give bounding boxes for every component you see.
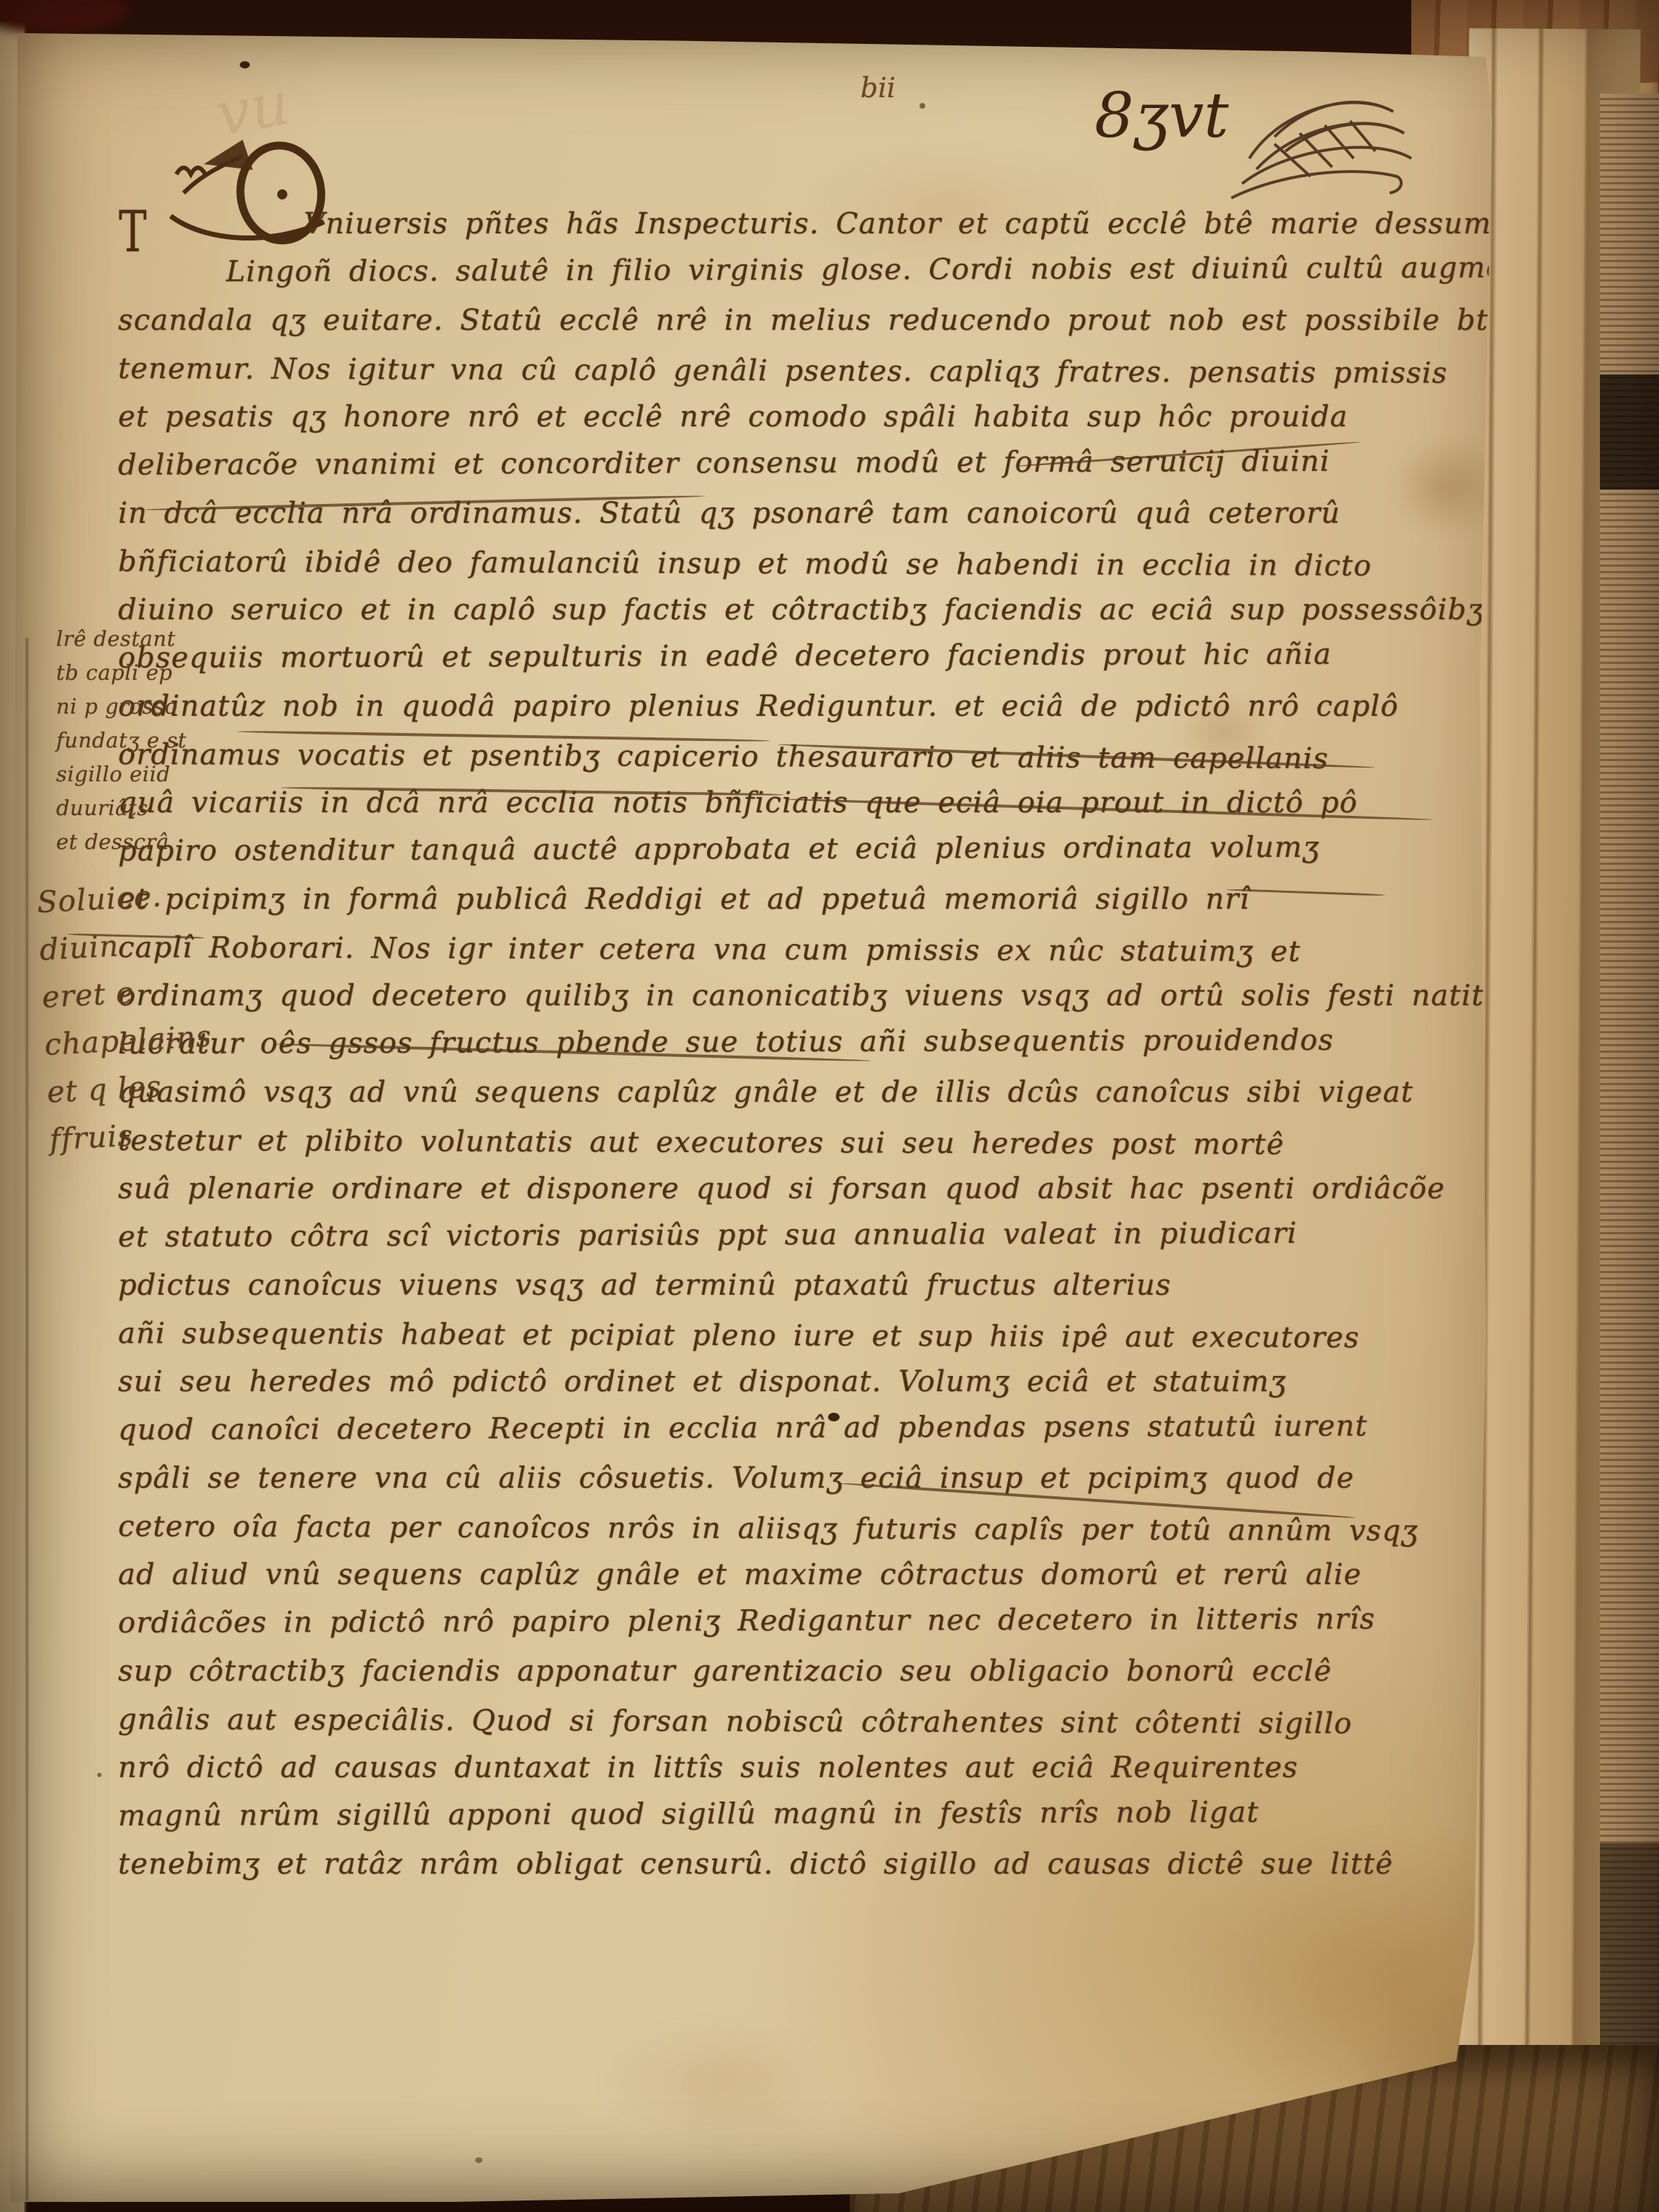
text-line: añi subsequentis habeat et pcipiat pleno… <box>118 1310 1486 1363</box>
margin-catchword-line: ni p grosso <box>56 690 186 724</box>
text-line: et pcipimʒ in formâ publicâ Reddigi et a… <box>118 876 1486 924</box>
text-line: sup côtractibʒ faciendis apponatur garen… <box>118 1647 1486 1696</box>
shadow-top-left <box>0 0 130 33</box>
ink-speck <box>475 2157 482 2163</box>
stain <box>601 2020 831 2143</box>
feather-flourish-icon <box>1231 102 1411 198</box>
text-line: obsequiis mortuorû et sepulturis in eadê… <box>118 630 1486 683</box>
page-block-shadow <box>1600 374 1659 490</box>
text-line: spâli se tenere vna cû aliis côsuetis. V… <box>118 1455 1486 1503</box>
manuscript-page: bii vu 8ʒvt T Vniuersis pñte <box>10 33 1492 2202</box>
text-line: et statuto côtra scî victoris parisiûs p… <box>118 1209 1486 1262</box>
text-line: Lingoñ diocs. salutê in filio virginis g… <box>118 244 1486 297</box>
ink-speck <box>240 61 250 68</box>
text-line: suâ plenarie ordinare et disponere quod … <box>118 1165 1486 1213</box>
text-line: sui seu heredes mô pdictô ordinet et dis… <box>118 1358 1486 1406</box>
text-line: pdictus canoîcus viuens vsqʒ ad terminû … <box>118 1262 1486 1310</box>
paraph-flourish: 8ʒvt <box>1094 50 1426 216</box>
text-line: scandala qʒ euitare. Statû ecclê nrê in … <box>118 297 1486 345</box>
text-line: quasimô vsqʒ ad vnû sequens caplûz gnâle… <box>118 1069 1486 1117</box>
initial-triangle-flourish <box>204 140 253 170</box>
margin-catchword-line: lrê destant <box>56 622 186 656</box>
text-line: magnû nrûm sigillû apponi quod sigillû m… <box>118 1788 1486 1840</box>
photo-canvas: bii vu 8ʒvt T Vniuersis pñte <box>0 0 1659 2212</box>
margin-note-line: et q les <box>46 1060 216 1116</box>
margin-note-line: eret e <box>41 965 211 1021</box>
text-line: ordinamus vocatis et psentibʒ capicerio … <box>118 731 1486 784</box>
text-line: testetur et plibito voluntatis aut execu… <box>118 1117 1486 1170</box>
text-line: quâ vicariis in dcâ nrâ ecclia notis bñf… <box>118 779 1486 827</box>
text-line: ordiâcões in pdictô nrô papiro pleniʒ Re… <box>118 1595 1486 1647</box>
text-line: bñficiatorû ibidê deo famulanciû insup e… <box>118 538 1486 591</box>
margin-note-line: ffruis <box>48 1107 218 1164</box>
page-block-edges <box>1600 94 1659 2146</box>
margin-note-line: chapelains <box>43 1012 213 1069</box>
ink-speck <box>828 1413 840 1421</box>
text-line: Vniuersis pñtes hãs Inspecturis. Cantor … <box>118 200 1486 248</box>
text-line: tenebimʒ et ratâz nrâm obligat censurû. … <box>118 1840 1486 1889</box>
text-line: papiro ostenditur tanquâ auctê approbata… <box>118 823 1486 876</box>
text-line: ad aliud vnû sequens caplûz gnâle et max… <box>118 1551 1486 1599</box>
paraph-text: 8ʒvt <box>1094 80 1229 152</box>
margin-note-line: Soluice. <box>36 870 206 926</box>
margin-catchword-line: sigillo eiid <box>56 757 186 791</box>
margin-note-line: diuin <box>38 917 208 974</box>
text-line: ordinatûz nob in quodâ papiro plenius Re… <box>118 683 1486 731</box>
initial-center-dot <box>277 189 287 199</box>
folio-mark: bii <box>860 72 896 104</box>
text-line: caplî Roborari. Nos igr inter cetera vna… <box>118 924 1486 977</box>
ink-speck <box>97 1773 102 1777</box>
margin-catchword-line: tb capli ep <box>56 656 186 690</box>
text-line: et pesatis qʒ honore nrô et ecclê nrê co… <box>118 393 1486 441</box>
margin-catchword-line: fundatʒ e st <box>56 724 186 757</box>
text-line: diuino seruico et in caplô sup factis et… <box>118 586 1486 634</box>
margin-catchwords: lrê destanttb capli epni p grossofundatʒ… <box>56 622 186 859</box>
text-line: in dcâ ecclia nrâ ordinamus. Statû qʒ ps… <box>118 490 1486 538</box>
gutter-fold-line <box>26 638 28 2200</box>
text-line: quod canoîci decetero Recepti in ecclia … <box>118 1402 1486 1455</box>
margin-note-french: Soluice.diuineret echapelainset q lesffr… <box>36 870 218 1164</box>
text-line: ordinamʒ quod decetero quilibʒ in canoni… <box>118 972 1486 1020</box>
margin-catchword-line: duuriâts <box>56 791 186 825</box>
ink-speck <box>920 103 925 109</box>
text-line: nrô dictô ad causas duntaxat in littîs s… <box>118 1744 1486 1792</box>
text-line: lucratur oês gssos fructus pbende sue to… <box>118 1016 1486 1069</box>
text-line <box>118 1889 1486 1894</box>
text-line: gnâlis aut especiâlis. Quod si forsan no… <box>118 1696 1486 1749</box>
text-line: cetero oîa facta per canoîcos nrôs in al… <box>118 1503 1486 1556</box>
text-line: deliberacõe vnanimi et concorditer conse… <box>118 437 1486 490</box>
margin-catchword-line: et desscrâ <box>56 825 186 859</box>
text-line: tenemur. Nos igitur vna cû caplô genâli … <box>118 345 1486 398</box>
